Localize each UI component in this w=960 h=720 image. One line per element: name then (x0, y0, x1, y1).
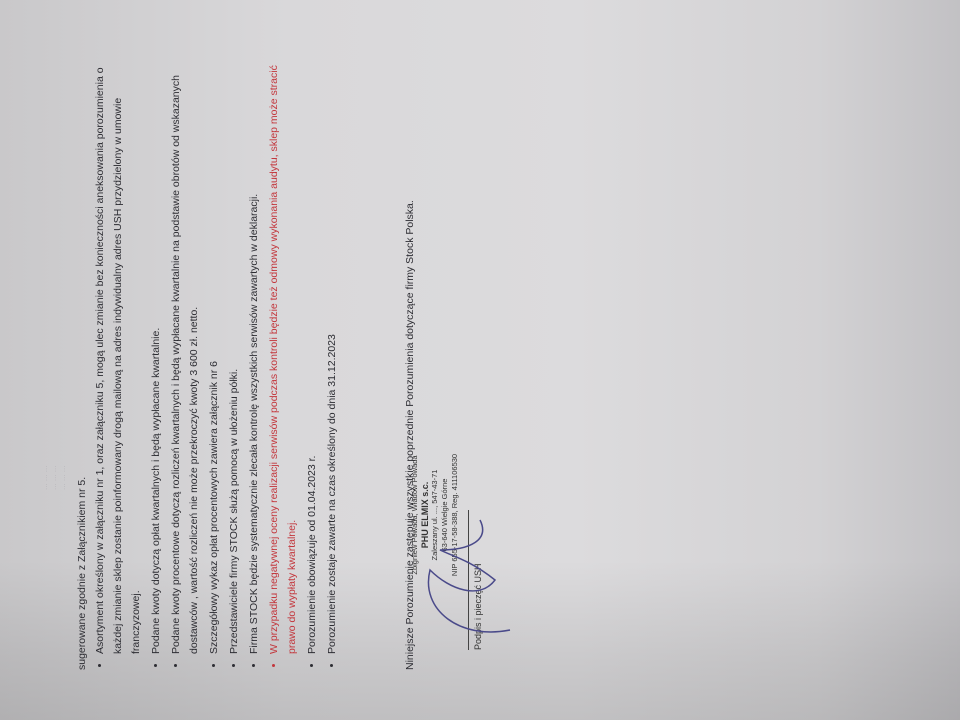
signature-scribble-icon (400, 450, 520, 650)
list-item: Firma STOCK będzie systematycznie zlecał… (245, 50, 263, 654)
list-item: Przedstawiciele firmy STOCK służą pomocą… (225, 50, 243, 654)
terms-list: Asortyment określony w załączniku nr 1, … (91, 50, 341, 670)
list-item: Podane kwoty dotyczą opłat kwartalnych i… (147, 50, 165, 654)
list-item: Podane kwoty procentowe dotyczą rozlicze… (167, 50, 203, 654)
list-item: Szczegółowy wykaz opłat procentowych zaw… (205, 50, 223, 654)
list-item-warning: W przypadku negatywnej oceny realizacji … (265, 50, 301, 654)
intro-line: sugerowane zgodnie z Załącznikiem nr 5. (73, 50, 91, 670)
document-body: ... ... ... ... ... ... ... ... ... suge… (40, 50, 419, 670)
list-item: Porozumienie obowiązuje od 01.04.2023 r. (303, 50, 321, 654)
signature-block: Zbigniew Powada, Władów Powada PHU ELMIX… (410, 390, 483, 650)
list-item: Asortyment określony w załączniku nr 1, … (91, 50, 145, 654)
list-item: Porozumienie zostaje zawarte na czas okr… (323, 50, 341, 654)
document-page: ... ... ... ... ... ... ... ... ... suge… (0, 0, 960, 720)
faint-header: ... ... ... ... ... ... ... ... ... (40, 50, 67, 490)
